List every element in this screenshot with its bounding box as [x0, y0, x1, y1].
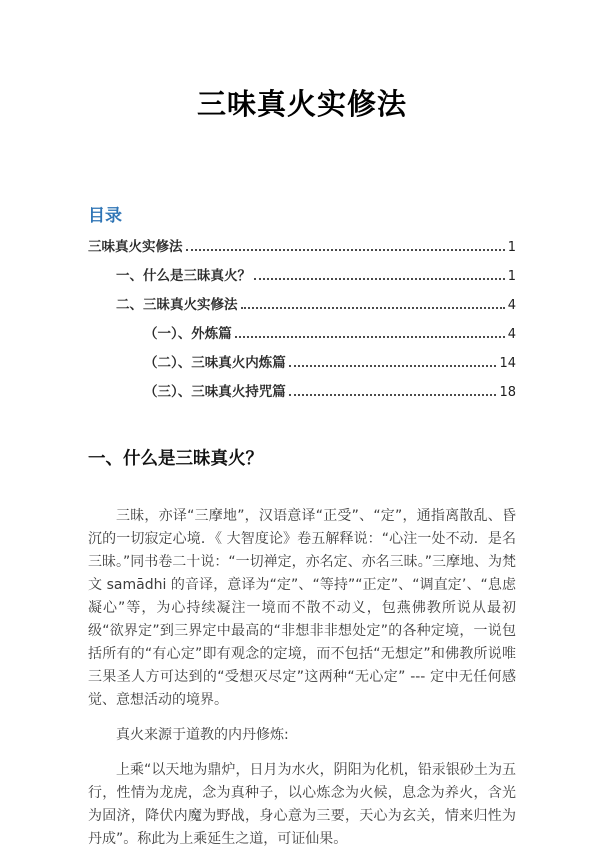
toc-dot-leader — [186, 249, 505, 251]
document-page: 三味真火实修法 目录 三味真火实修法 1 一、什么是三昧真火？ 1 二、三昧真火… — [0, 0, 604, 856]
toc-entry[interactable]: 一、什么是三昧真火？ 1 — [88, 265, 516, 284]
body-paragraph: 真火来源于道教的内丹修炼: — [88, 724, 516, 747]
toc-entry-label: 二、三昧真火实修法 — [116, 293, 238, 313]
toc-dot-leader — [289, 365, 497, 367]
toc-entry-page-number: 14 — [499, 356, 516, 371]
toc-dot-leader — [254, 278, 505, 280]
toc-dot-leader — [241, 307, 505, 309]
toc-entry-page-number: 4 — [508, 327, 516, 342]
toc-entry[interactable]: （一）、外炼篇 4 — [88, 323, 516, 342]
toc-entry-label: （三）、三味真火持咒篇 — [144, 380, 286, 400]
toc-entry-label: 三味真火实修法 — [88, 235, 183, 255]
toc-list: 三味真火实修法 1 一、什么是三昧真火？ 1 二、三昧真火实修法 4 （一）、外… — [88, 236, 516, 400]
toc-entry-page-number: 18 — [499, 385, 516, 400]
toc-entry-page-number: 4 — [508, 298, 516, 313]
toc-entry[interactable]: （三）、三味真火持咒篇 18 — [88, 381, 516, 400]
toc-heading: 目录 — [88, 205, 516, 227]
toc-entry[interactable]: 三味真火实修法 1 — [88, 236, 516, 255]
toc-entry-page-number: 1 — [508, 240, 516, 255]
section-heading: 一、什么是三昧真火？ — [88, 447, 516, 471]
toc-dot-leader — [289, 394, 497, 396]
body-paragraph: 三昧，亦译“三摩地”，汉语意译“正受”、“定”，通指离散乱、昏沉的一切寂定心境．… — [88, 505, 516, 712]
toc-entry-label: （二）、三味真火内炼篇 — [144, 351, 286, 371]
body-paragraph: 上乘“以天地为鼎炉，日月为水火，阴阳为化机，铅汞银砂土为五行，性情为龙虎，念为真… — [88, 759, 516, 851]
table-of-contents: 目录 三味真火实修法 1 一、什么是三昧真火？ 1 二、三昧真火实修法 4 （一… — [88, 205, 516, 400]
toc-entry-label: 一、什么是三昧真火？ — [116, 264, 251, 284]
toc-entry-label: （一）、外炼篇 — [144, 322, 232, 342]
document-title: 三味真火实修法 — [88, 0, 516, 122]
toc-entry[interactable]: （二）、三味真火内炼篇 14 — [88, 352, 516, 371]
toc-entry-page-number: 1 — [508, 269, 516, 284]
toc-entry[interactable]: 二、三昧真火实修法 4 — [88, 294, 516, 313]
toc-dot-leader — [235, 336, 505, 338]
